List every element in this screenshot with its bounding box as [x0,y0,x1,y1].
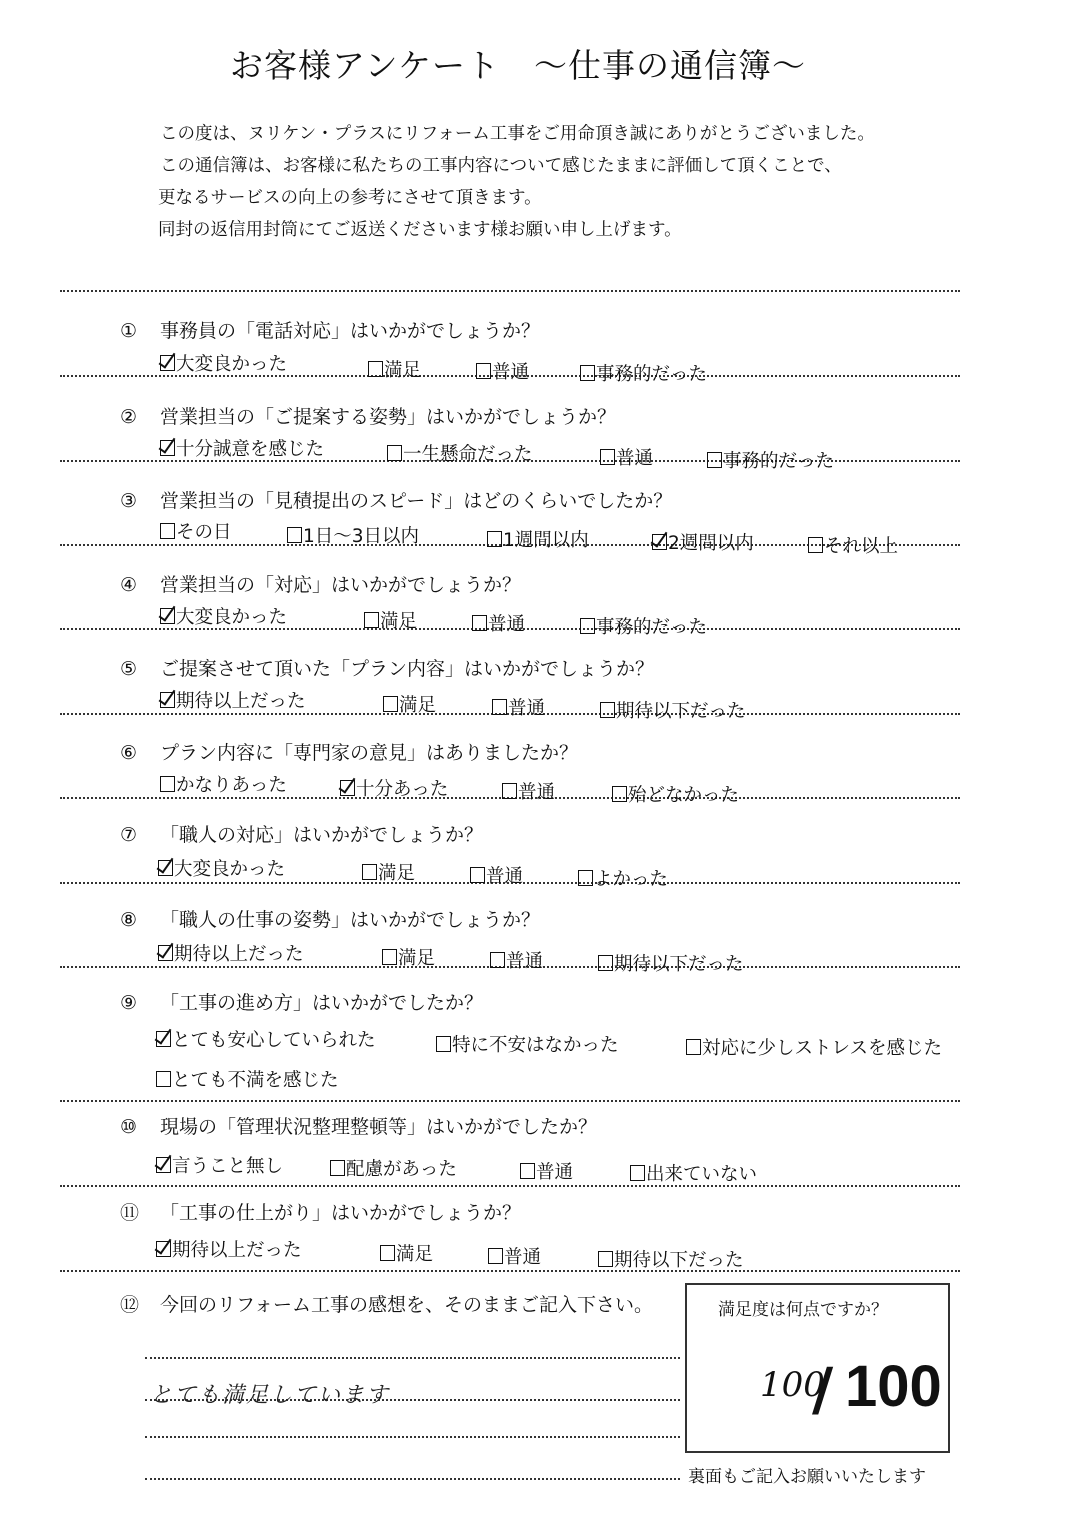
q4-option-2[interactable]: 満足 [364,607,417,633]
checkbox-checked-icon[interactable] [160,440,175,456]
q4-option-3[interactable]: 普通 [472,610,525,636]
checkbox-icon[interactable] [387,445,402,461]
checkbox-checked-icon[interactable] [158,945,173,961]
q8-option-4[interactable]: 期待以下だった [598,950,744,976]
q10-option-2[interactable]: 配慮があった [330,1155,457,1181]
q6-option-2[interactable]: 十分あった [340,775,448,801]
checkbox-icon[interactable] [472,615,487,631]
checkbox-icon[interactable] [580,365,595,381]
q8-option-3[interactable]: 普通 [490,947,543,973]
q9-option-2[interactable]: 特に不安はなかった [436,1031,619,1057]
checkbox-icon[interactable] [630,1165,645,1181]
checkbox-checked-icon[interactable] [158,860,173,876]
q11-option-3[interactable]: 普通 [488,1243,541,1269]
checkbox-checked-icon[interactable] [160,608,175,624]
comment-line [145,1357,680,1359]
checkbox-checked-icon[interactable] [156,1241,171,1257]
q11-option-4[interactable]: 期待以下だった [598,1246,744,1272]
intro-text: この度は、ヌリケン・プラスにリフォーム工事をご用命頂き誠にありがとうございました… [160,118,920,246]
q8-option-2[interactable]: 満足 [382,944,435,970]
intro-line: 同封の返信用封筒にてご返送くださいます様お願い申し上げます。 [158,214,920,246]
checkbox-icon[interactable] [808,537,823,553]
checkbox-icon[interactable] [488,1248,503,1264]
page-title: お客様アンケート ～仕事の通信簿～ [230,40,870,87]
checkbox-icon[interactable] [156,1071,171,1087]
question-12: ⑫今回のリフォーム工事の感想を、そのままご記入下さい。 [120,1290,653,1317]
checkbox-icon[interactable] [686,1039,701,1055]
comment-line [145,1478,680,1480]
checkbox-icon[interactable] [362,864,377,880]
checkbox-icon[interactable] [382,949,397,965]
question-2: ②営業担当の「ご提案する姿勢」はいかがでしょうか？ [120,402,616,429]
q3-option-2[interactable]: 1日～3日以内 [287,522,419,548]
question-7: ⑦「職人の対応」はいかがでしょうか？ [120,820,483,847]
comment-line [145,1436,680,1438]
checkbox-icon[interactable] [476,363,491,379]
q6-option-3[interactable]: 普通 [502,778,555,804]
q5-option-2[interactable]: 満足 [383,691,436,717]
q10-option-3[interactable]: 普通 [520,1158,573,1184]
checkbox-checked-icon[interactable] [156,1031,171,1047]
score-slash: / [812,1355,833,1423]
checkbox-checked-icon[interactable] [160,355,175,371]
q5-option-4[interactable]: 期待以下だった [600,697,746,723]
checkbox-icon[interactable] [160,523,175,539]
q1-option-2[interactable]: 満足 [368,356,421,382]
checkbox-checked-icon[interactable] [160,692,175,708]
question-11: ⑪「工事の仕上がり」はいかがでしょうか？ [120,1198,521,1225]
checkbox-icon[interactable] [598,955,613,971]
checkbox-icon[interactable] [578,870,593,886]
q3-option-3[interactable]: 1週間以内 [487,526,589,552]
q9-option-3[interactable]: 対応に少しストレスを感じた [686,1034,942,1060]
checkbox-icon[interactable] [600,449,615,465]
checkbox-checked-icon[interactable] [156,1157,171,1173]
q7-option-1[interactable]: 大変良かった [158,855,285,881]
q4-option-4[interactable]: 事務的だった [580,613,707,639]
q7-option-3[interactable]: 普通 [470,862,523,888]
q11-option-1[interactable]: 期待以上だった [156,1236,302,1262]
checkbox-icon[interactable] [287,527,302,543]
q4-option-1[interactable]: 大変良かった [160,603,287,629]
checkbox-icon[interactable] [487,531,502,547]
score-max: 100 [845,1353,942,1420]
footer-note: 裏面もご記入お願いいたします [688,1462,926,1487]
score-question: 満足度は何点ですか？ [718,1295,888,1320]
divider [60,1270,960,1272]
q10-option-4[interactable]: 出来ていない [630,1160,757,1186]
divider [60,1185,960,1187]
intro-line: 更なるサービスの向上の参考にさせて頂きます。 [158,182,920,214]
intro-line: この通信簿は、お客様に私たちの工事内容について感じたままに評価して頂くことで、 [160,150,920,182]
question-3: ③営業担当の「見積提出のスピード」はどのくらいでしたか？ [120,486,672,513]
q1-option-3[interactable]: 普通 [476,358,529,384]
checkbox-icon[interactable] [380,1245,395,1261]
comment-input[interactable]: とても満足しています [150,1378,390,1409]
q3-option-5[interactable]: それ以上 [808,532,898,558]
checkbox-icon[interactable] [436,1036,451,1052]
divider [60,1100,960,1102]
checkbox-icon[interactable] [580,618,595,634]
q9-option-1[interactable]: とても安心していられた [156,1026,376,1052]
checkbox-icon[interactable] [364,612,379,628]
question-5: ⑤ご提案させて頂いた「プラン内容」はいかがでしょうか？ [120,654,654,681]
question-8: ⑧「職人の仕事の姿勢」はいかがでしょうか？ [120,905,540,932]
q3-option-4[interactable]: 2週間以内 [652,529,754,555]
q7-option-4[interactable]: よかった [578,865,668,891]
q10-option-1[interactable]: 言うこと無し [156,1152,283,1178]
checkbox-icon[interactable] [707,452,722,468]
q1-option-4[interactable]: 事務的だった [580,360,707,386]
divider [60,290,960,292]
q8-option-1[interactable]: 期待以上だった [158,940,304,966]
checkbox-icon[interactable] [330,1160,345,1176]
checkbox-icon[interactable] [600,702,615,718]
checkbox-icon[interactable] [520,1163,535,1179]
q7-option-2[interactable]: 満足 [362,859,415,885]
checkbox-icon[interactable] [368,361,383,377]
checkbox-icon[interactable] [598,1251,613,1267]
q3-option-1[interactable]: その日 [160,518,232,544]
checkbox-icon[interactable] [502,783,517,799]
checkbox-icon[interactable] [492,699,507,715]
q1-option-1[interactable]: 大変良かった [160,350,287,376]
q6-option-4[interactable]: 殆どなかった [612,781,739,807]
q5-option-3[interactable]: 普通 [492,694,545,720]
question-9: ⑨「工事の進め方」はいかがでしたか？ [120,988,483,1015]
checkbox-icon[interactable] [612,786,627,802]
q2-option-4[interactable]: 事務的だった [707,447,834,473]
checkbox-icon[interactable] [160,776,175,792]
question-10: ⑩現場の「管理状況整理整頓等」はいかがでしたか？ [120,1112,597,1139]
question-1: ①事務員の「電話対応」はいかがでしょうか？ [120,316,540,343]
question-4: ④営業担当の「対応」はいかがでしょうか？ [120,570,521,597]
q2-option-2[interactable]: 一生懸命だった [387,440,533,466]
checkbox-checked-icon[interactable] [652,534,667,550]
checkbox-icon[interactable] [490,952,505,968]
question-6: ⑥プラン内容に「専門家の意見」はありましたか？ [120,738,578,765]
intro-line: この度は、ヌリケン・プラスにリフォーム工事をご用命頂き誠にありがとうございました… [160,118,920,150]
q6-option-1[interactable]: かなりあった [160,771,287,797]
checkbox-icon[interactable] [383,696,398,712]
checkbox-checked-icon[interactable] [340,780,355,796]
q2-option-3[interactable]: 普通 [600,444,653,470]
q2-option-1[interactable]: 十分誠意を感じた [160,435,324,461]
q5-option-1[interactable]: 期待以上だった [160,687,306,713]
q9-option-4[interactable]: とても不満を感じた [156,1066,339,1092]
checkbox-icon[interactable] [470,867,485,883]
q11-option-2[interactable]: 満足 [380,1240,433,1266]
